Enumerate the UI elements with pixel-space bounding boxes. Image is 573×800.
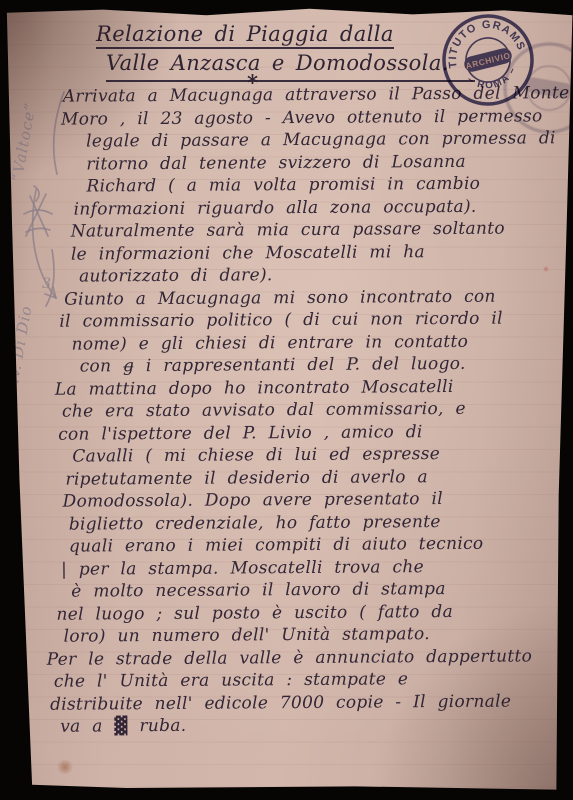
manuscript-line-text: La mattina dopo ho incontrato Moscatelli: [55, 376, 454, 399]
manuscript-line: distribuite nell' edicole 7000 copie - I…: [40, 690, 569, 716]
manuscript-line-text: biglietto credenziale, ho fatto presente: [69, 512, 441, 535]
manuscript-page: Relazione di Piaggia dalla Valle Anzasca…: [0, 0, 573, 800]
manuscript-line-text: con l'ispettore del P. Livio , amico di: [58, 422, 423, 445]
paper-stain: [56, 760, 74, 774]
manuscript-line-text: distribuite nell' edicole 7000 copie - I…: [50, 691, 511, 714]
manuscript-line-text: informazioni riguardo alla zona occupata…: [74, 196, 477, 219]
manuscript-line-text: quali erano i miei compiti di aiuto tecn…: [69, 534, 484, 557]
margin-annotation-dots: ‥: [20, 708, 32, 724]
manuscript-line-text: ritorno dal tenente svizzero di Losanna: [86, 151, 466, 174]
margin-annotation-number: 3: [42, 276, 52, 292]
manuscript-line-text: che era stato avvisato dal commissario, …: [62, 399, 466, 422]
manuscript-line-text: è molto necessario il lavoro di stampa: [71, 579, 446, 602]
manuscript-line-text: nome) e gli chiesi di entrare in contatt…: [71, 331, 468, 354]
ink-speck: [543, 266, 549, 272]
manuscript-line-text: nel luogo ; sul posto è uscito ( fatto d…: [56, 601, 453, 624]
manuscript-line-text: autorizzato di dare).: [79, 265, 273, 286]
manuscript-line-text: Richard ( a mia volta promisi in cambio: [86, 174, 480, 197]
manuscript-line-text: va a ▓ ruba.: [60, 716, 186, 737]
manuscript-line-text: che l' Unità era uscita : stampate e: [54, 669, 409, 691]
manuscript-body: Arrivata a Macugnaga attraverso il Passo…: [36, 82, 570, 738]
manuscript-line-text: Per le strade della valle è annunciato d…: [47, 646, 533, 669]
manuscript-line: va a ▓ ruba.: [40, 712, 569, 738]
manuscript-line: Per le strade della valle è annunciato d…: [40, 645, 569, 671]
manuscript-line-text: le informazioni che Moscatelli mi ha: [71, 242, 425, 264]
document-title: Relazione di Piaggia dalla Valle Anzasca…: [96, 20, 475, 82]
manuscript-line-text: loro) un numero dell' Unità stampato.: [64, 624, 430, 647]
photo-background: Relazione di Piaggia dalla Valle Anzasca…: [0, 0, 573, 800]
manuscript-line-text: Domodossola). Dopo avere presentato il: [63, 489, 443, 512]
manuscript-line-text: con g̶ i rappresentanti del P. del luogo…: [80, 354, 466, 377]
manuscript-line-text: | per la stampa. Moscatelli trova che: [61, 557, 424, 580]
margin-annotation-valtoce: “Valtoce”: [8, 101, 40, 183]
manuscript-line-text: ripetutamente il desiderio di averlo a: [65, 467, 428, 490]
title-line-2: Valle Anzasca e Domodossola.: [106, 49, 475, 82]
manuscript-line-text: Naturalmente sarà mia cura passare solta…: [71, 219, 505, 242]
manuscript-line: Naturalmente sarà mia cura passare solta…: [37, 217, 566, 243]
manuscript-line: il commissario politico ( di cui non ric…: [37, 307, 566, 333]
margin-annotation-didio: Div. Di Dio: [2, 304, 36, 397]
manuscript-line-text: il commissario politico ( di cui non ric…: [59, 309, 503, 332]
manuscript-line-text: Giunto a Macugnaga mi sono incontrato co…: [64, 286, 496, 309]
title-line-1: Relazione di Piaggia dalla: [96, 22, 394, 49]
manuscript-line-text: Cavalli ( mi chiese di lui ed espresse: [72, 444, 440, 467]
